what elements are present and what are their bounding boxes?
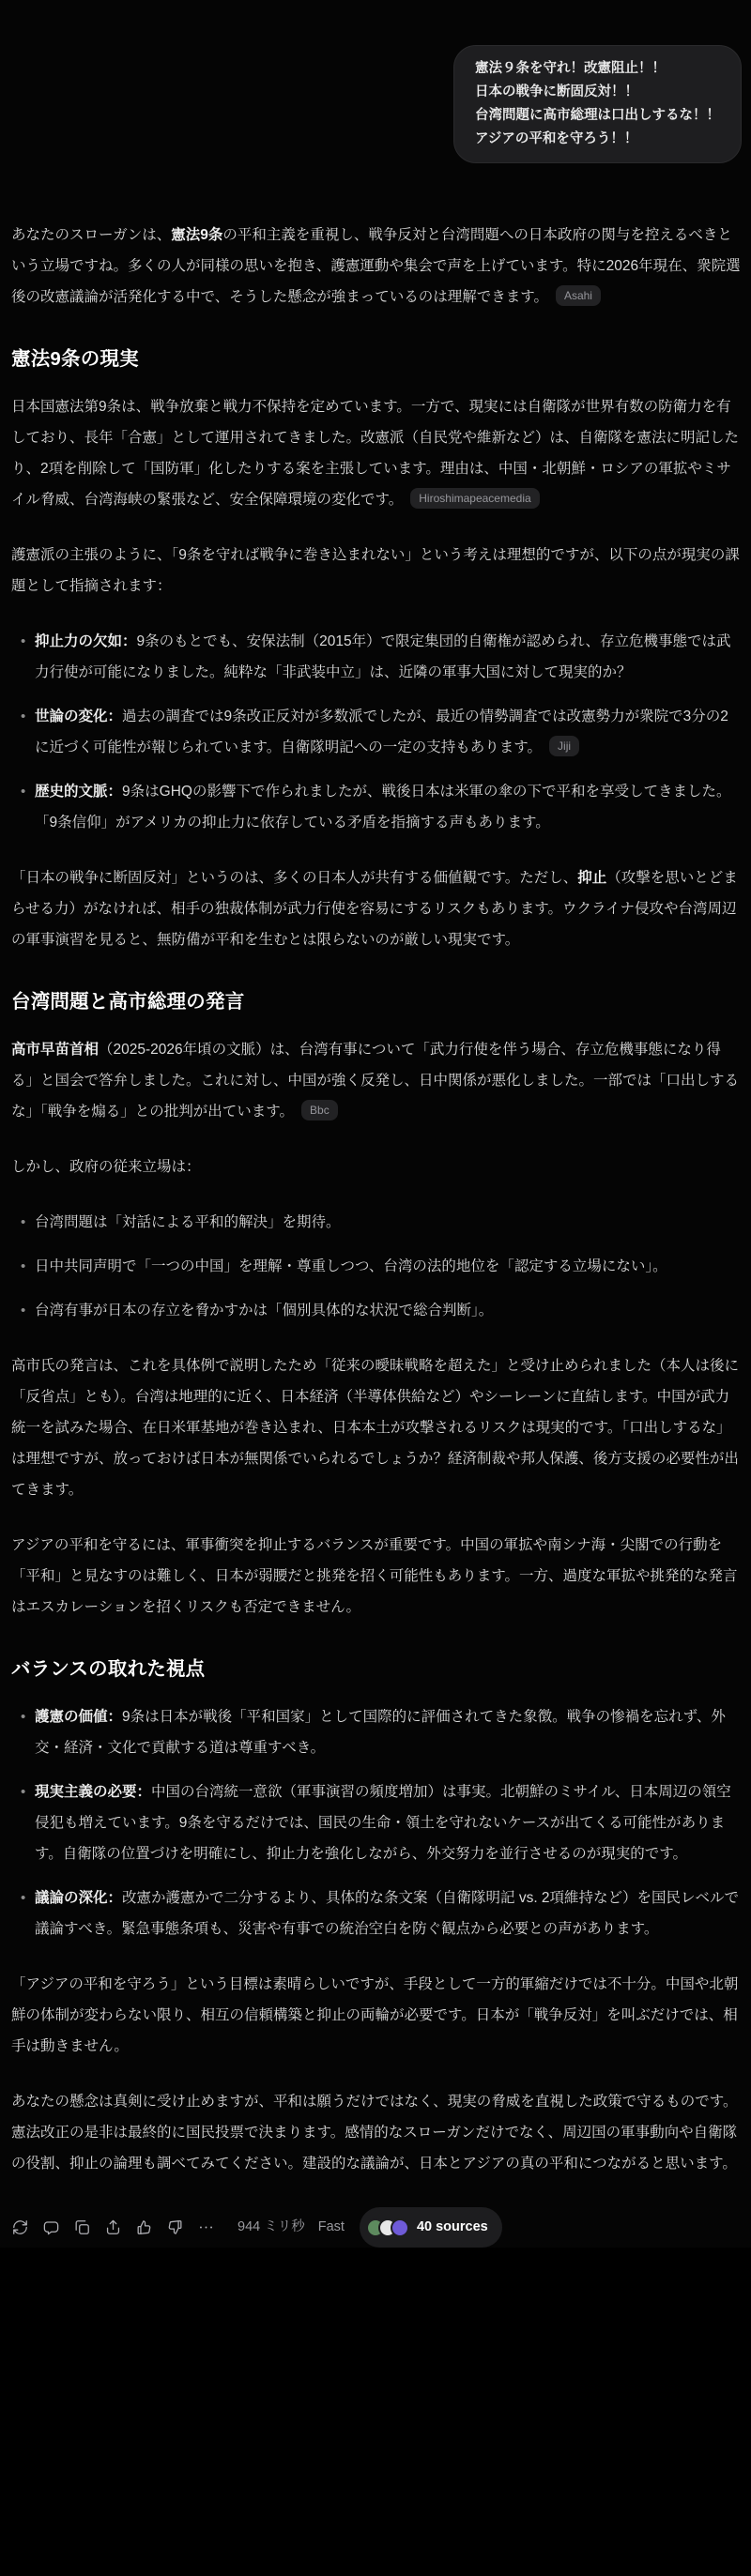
user-message-line: アジアの平和を守ろう！！	[475, 128, 720, 151]
text-run: あなたの懸念は真剣に受け止めますが、平和は願うだけではなく、現実の脅威を直視した…	[11, 2094, 737, 2172]
bullet-item: 台湾有事が日本の存立を脅かすかは「個別具体的な状況で総合判断」。	[35, 1295, 742, 1326]
bold-text-run: 歴史的文脈：	[35, 784, 122, 800]
bullet-item: 台湾問題は「対話による平和的解決」を期待。	[35, 1207, 742, 1238]
thumbs-down-icon[interactable]	[166, 2218, 184, 2236]
text-run: 日本国憲法第9条は、戦争放棄と戦力不保持を定めています。一方で、現実には自衛隊が…	[11, 399, 739, 508]
text-run: 9条はGHQの影響下で作られましたが、戦後日本は米軍の傘の下で平和を享受してきま…	[35, 784, 730, 831]
bullet-list: 抑止力の欠如：9条のもとでも、安保法制（2015年）で限定集団的自衛権が認められ…	[9, 626, 742, 838]
share-icon[interactable]	[104, 2218, 122, 2236]
text-run: 日中共同声明で「一つの中国」を理解・尊重しつつ、台湾の法的地位を「認定する立場に…	[35, 1258, 667, 1274]
paragraph: 日本国憲法第9条は、戦争放棄と戦力不保持を定めています。一方で、現実には自衛隊が…	[11, 391, 742, 515]
text-run: 高市氏の発言は、これを具体例で説明したため「従来の曖昧戦略を超えた」と受け止めら…	[11, 1358, 739, 1498]
text-run: 台湾有事が日本の存立を脅かすかは「個別具体的な状況で総合判断」。	[35, 1303, 493, 1318]
copy-icon[interactable]	[73, 2218, 91, 2236]
bullet-list: 護憲の価値：9条は日本が戦後「平和国家」として国際的に評価されてきた象徴。戦争の…	[9, 1701, 742, 1944]
bullet-item: 護憲の価値：9条は日本が戦後「平和国家」として国際的に評価されてきた象徴。戦争の…	[35, 1701, 742, 1763]
text-run: （2025-2026年頃の文脈）は、台湾有事について「武力行使を伴う場合、存立危…	[11, 1042, 739, 1120]
empty-space	[0, 2248, 751, 2576]
paragraph: 護憲派の主張のように、「9条を守れば戦争に巻き込まれない」という考えは理想的です…	[11, 540, 742, 602]
section-heading: 憲法9条の現実	[11, 346, 742, 373]
paragraph: 高市早苗首相（2025-2026年頃の文脈）は、台湾有事について「武力行使を伴う…	[11, 1034, 742, 1127]
regenerate-icon[interactable]	[11, 2218, 29, 2236]
bullet-list: 台湾問題は「対話による平和的解決」を期待。日中共同声明で「一つの中国」を理解・尊…	[9, 1207, 742, 1326]
text-run: 台湾問題は「対話による平和的解決」を期待。	[35, 1214, 341, 1230]
paragraph: あなたのスローガンは、憲法9条の平和主義を重視し、戦争反対と台湾問題への日本政府…	[11, 220, 742, 312]
bold-text-run: 現実主義の必要：	[35, 1784, 151, 1800]
user-message-row: 憲法９条を守れ！改憲阻止！！日本の戦争に断固反対！！台湾問題に高市総理は口出しす…	[9, 0, 742, 163]
section-heading: 台湾問題と高市総理の発言	[11, 989, 742, 1015]
thumbs-up-icon[interactable]	[135, 2218, 153, 2236]
chat-area: 憲法９条を守れ！改憲阻止！！日本の戦争に断固反対！！台湾問題に高市総理は口出しす…	[0, 0, 751, 2248]
source-favicons	[366, 2218, 409, 2237]
text-run: アジアの平和を守るには、軍事衝突を抑止するバランスが重要です。中国の軍拡や南シナ…	[11, 1537, 737, 1615]
paragraph: アジアの平和を守るには、軍事衝突を抑止するバランスが重要です。中国の軍拡や南シナ…	[11, 1530, 742, 1623]
bold-text-run: 護憲の価値：	[35, 1709, 122, 1725]
comment-icon[interactable]	[42, 2218, 60, 2236]
section-heading: バランスの取れた視点	[11, 1656, 742, 1683]
user-message-line: 日本の戦争に断固反対！！	[475, 81, 720, 104]
speed-mode-label[interactable]: Fast	[318, 2212, 345, 2243]
bold-text-run: 議論の深化：	[35, 1890, 122, 1906]
bullet-item: 歴史的文脈：9条はGHQの影響下で作られましたが、戦後日本は米軍の傘の下で平和を…	[35, 776, 742, 838]
sources-button[interactable]: 40 sources	[360, 2207, 502, 2248]
text-run: 過去の調査では9条改正反対が多数派でしたが、最近の情勢調査では改憲勢力が衆院で3…	[35, 709, 728, 755]
paragraph: あなたの懸念は真剣に受け止めますが、平和は願うだけではなく、現実の脅威を直視した…	[11, 2086, 742, 2179]
bold-text-run: 抑止力の欠如：	[35, 633, 137, 649]
assistant-response: あなたのスローガンは、憲法9条の平和主義を重視し、戦争反対と台湾問題への日本政府…	[9, 220, 742, 2248]
text-run: あなたのスローガンは、	[11, 227, 171, 243]
bullet-item: 現実主義の必要：中国の台湾統一意欲（軍事演習の頻度増加）は事実。北朝鮮のミサイル…	[35, 1776, 742, 1869]
text-run: 護憲派の主張のように、「9条を守れば戦争に巻き込まれない」という考えは理想的です…	[11, 547, 740, 594]
text-run: 「日本の戦争に断固反対」というのは、多くの日本人が共有する価値観です。ただし、	[11, 870, 577, 886]
bold-text-run: 高市早苗首相	[11, 1042, 99, 1058]
paragraph: 高市氏の発言は、これを具体例で説明したため「従来の曖昧戦略を超えた」と受け止めら…	[11, 1350, 742, 1505]
more-icon[interactable]	[197, 2218, 215, 2236]
text-run: しかし、政府の従来立場は：	[11, 1159, 201, 1175]
text-run: 9条は日本が戦後「平和国家」として国際的に評価されてきた象徴。戦争の惨禍を忘れず…	[35, 1709, 726, 1756]
sources-count-label: 40 sources	[417, 2212, 488, 2243]
source-favicon	[391, 2218, 409, 2237]
bold-text-run: 抑止	[577, 870, 606, 886]
paragraph: 「アジアの平和を守ろう」という目標は素晴らしいですが、手段として一方的軍縮だけで…	[11, 1969, 742, 2062]
text-run: 改憲か護憲かで二分するより、具体的な条文案（自衛隊明記 vs. 2項維持など）を…	[35, 1890, 739, 1937]
citation-chip[interactable]: Jiji	[549, 736, 579, 756]
response-body: あなたのスローガンは、憲法9条の平和主義を重視し、戦争反対と台湾問題への日本政府…	[9, 220, 742, 2179]
bullet-item: 世論の変化：過去の調査では9条改正反対が多数派でしたが、最近の情勢調査では改憲勢…	[35, 701, 742, 763]
citation-chip[interactable]: Hiroshimapeacemedia	[410, 488, 539, 509]
response-toolbar: 944 ミリ秒 Fast 40 sources	[11, 2207, 742, 2248]
user-message-line: 憲法９条を守れ！改憲阻止！！	[475, 57, 720, 81]
text-run: 9条のもとでも、安保法制（2015年）で限定集団的自衛権が認められ、存立危機事態…	[35, 633, 731, 680]
citation-chip[interactable]: Bbc	[301, 1100, 338, 1120]
latency-label: 944 ミリ秒	[238, 2212, 305, 2243]
user-message-bubble: 憲法９条を守れ！改憲阻止！！日本の戦争に断固反対！！台湾問題に高市総理は口出しす…	[453, 45, 742, 163]
paragraph: 「日本の戦争に断固反対」というのは、多くの日本人が共有する価値観です。ただし、抑…	[11, 862, 742, 955]
paragraph: しかし、政府の従来立場は：	[11, 1151, 742, 1182]
bold-text-run: 世論の変化：	[35, 709, 122, 724]
text-run: 「アジアの平和を守ろう」という目標は素晴らしいですが、手段として一方的軍縮だけで…	[11, 1976, 738, 2054]
bullet-item: 抑止力の欠如：9条のもとでも、安保法制（2015年）で限定集団的自衛権が認められ…	[35, 626, 742, 688]
bold-text-run: 憲法9条	[171, 227, 222, 243]
bullet-item: 議論の深化：改憲か護憲かで二分するより、具体的な条文案（自衛隊明記 vs. 2項…	[35, 1882, 742, 1944]
citation-chip[interactable]: Asahi	[556, 285, 601, 306]
bullet-item: 日中共同声明で「一つの中国」を理解・尊重しつつ、台湾の法的地位を「認定する立場に…	[35, 1251, 742, 1282]
user-message-line: 台湾問題に高市総理は口出しするな！！	[475, 104, 720, 128]
